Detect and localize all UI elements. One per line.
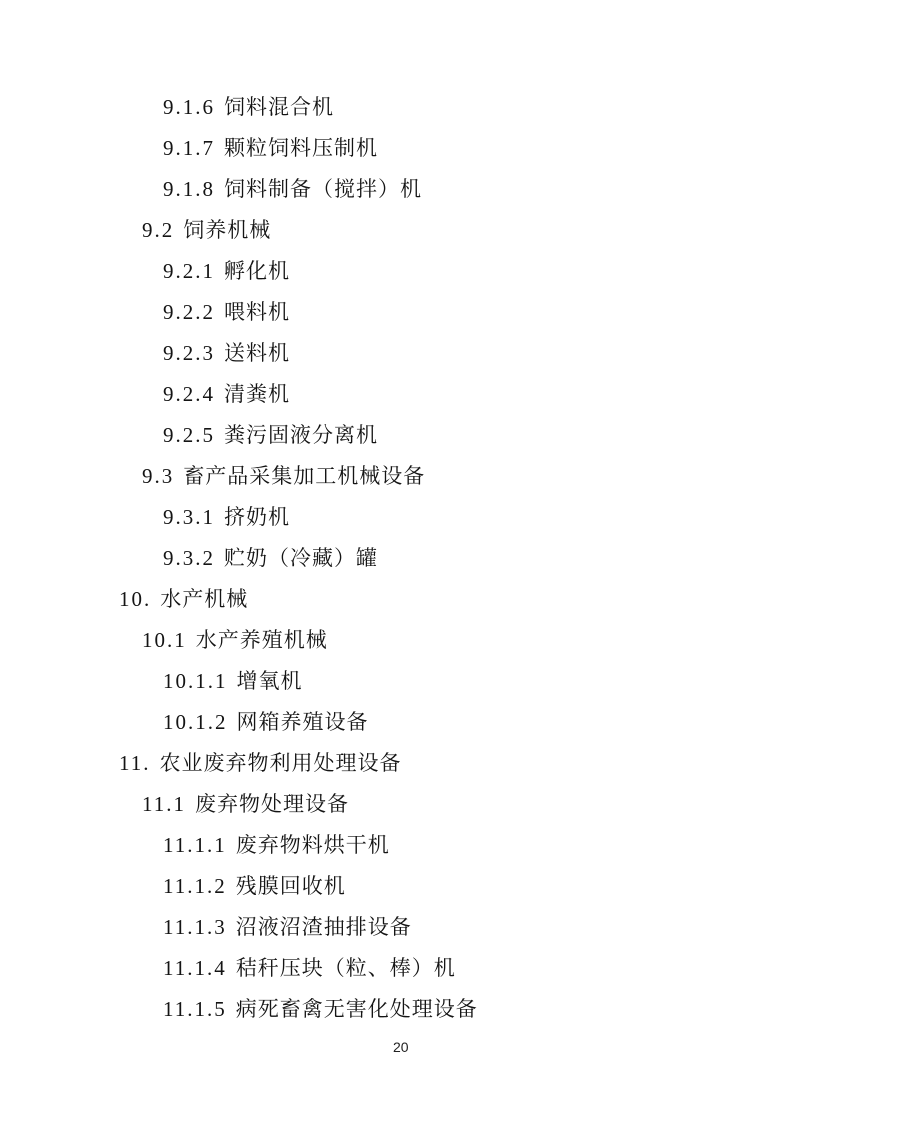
list-item-label: 水产养殖机械: [196, 628, 328, 652]
list-item: 11.1.5病死畜禽无害化处理设备: [0, 989, 923, 1030]
list-item: 11.农业废弃物利用处理设备: [0, 743, 923, 784]
list-item-label: 农业废弃物利用处理设备: [159, 751, 401, 775]
list-item-number: 9.2.1: [163, 259, 215, 283]
list-item-label: 畜产品采集加工机械设备: [183, 464, 425, 488]
list-item-number: 9.2: [142, 218, 174, 242]
list-item: 11.1.3沼液沼渣抽排设备: [0, 907, 923, 948]
list-item: 9.3.1挤奶机: [0, 497, 923, 538]
list-item: 9.2.4清粪机: [0, 374, 923, 415]
list-item-number: 10.: [119, 587, 151, 611]
list-item-label: 沼液沼渣抽排设备: [236, 915, 412, 939]
list-item: 9.2.5粪污固液分离机: [0, 415, 923, 456]
list-item-number: 9.2.5: [163, 423, 215, 447]
list-item-label: 病死畜禽无害化处理设备: [236, 997, 478, 1021]
list-item: 9.3.2贮奶（冷藏）罐: [0, 538, 923, 579]
list-item-label: 网箱养殖设备: [237, 710, 369, 734]
list-item-label: 贮奶（冷藏）罐: [224, 546, 378, 570]
list-item-number: 10.1.2: [163, 710, 228, 734]
list-item-label: 残膜回收机: [236, 874, 346, 898]
list-item-label: 饲养机械: [183, 218, 271, 242]
outline-list: 9.1.6饲料混合机 9.1.7颗粒饲料压制机 9.1.8饲料制备（搅拌）机 9…: [0, 87, 923, 1030]
list-item-label: 废弃物料烘干机: [236, 833, 390, 857]
list-item: 10.1水产养殖机械: [0, 620, 923, 661]
list-item-number: 9.3: [142, 464, 174, 488]
list-item-label: 喂料机: [224, 300, 290, 324]
list-item: 11.1.2残膜回收机: [0, 866, 923, 907]
list-item: 10.1.1增氧机: [0, 661, 923, 702]
list-item-label: 颗粒饲料压制机: [224, 136, 378, 160]
list-item: 9.2.2喂料机: [0, 292, 923, 333]
list-item: 9.2.3送料机: [0, 333, 923, 374]
list-item: 9.2饲养机械: [0, 210, 923, 251]
list-item-number: 9.1.7: [163, 136, 215, 160]
list-item: 9.2.1孵化机: [0, 251, 923, 292]
list-item-label: 增氧机: [237, 669, 303, 693]
list-item-number: 9.3.2: [163, 546, 215, 570]
list-item-label: 送料机: [224, 341, 290, 365]
list-item: 10.1.2网箱养殖设备: [0, 702, 923, 743]
list-item: 11.1废弃物处理设备: [0, 784, 923, 825]
list-item-number: 11.1.5: [163, 997, 227, 1021]
list-item-label: 废弃物处理设备: [195, 792, 349, 816]
list-item-label: 孵化机: [224, 259, 290, 283]
list-item-number: 9.2.3: [163, 341, 215, 365]
list-item-label: 粪污固液分离机: [224, 423, 378, 447]
list-item-label: 挤奶机: [224, 505, 290, 529]
list-item: 9.3畜产品采集加工机械设备: [0, 456, 923, 497]
list-item-label: 秸秆压块（粒、棒）机: [236, 956, 456, 980]
list-item: 11.1.4秸秆压块（粒、棒）机: [0, 948, 923, 989]
list-item-number: 11.1.1: [163, 833, 227, 857]
list-item-label: 水产机械: [160, 587, 248, 611]
list-item-number: 11.1.2: [163, 874, 227, 898]
list-item-number: 9.2.4: [163, 382, 215, 406]
list-item-number: 9.3.1: [163, 505, 215, 529]
list-item-number: 10.1: [142, 628, 187, 652]
document-page: 9.1.6饲料混合机 9.1.7颗粒饲料压制机 9.1.8饲料制备（搅拌）机 9…: [0, 0, 923, 1122]
list-item: 9.1.7颗粒饲料压制机: [0, 128, 923, 169]
list-item-number: 10.1.1: [163, 669, 228, 693]
list-item-label: 饲料混合机: [224, 95, 334, 119]
list-item-number: 9.1.8: [163, 177, 215, 201]
page-number: 20: [393, 1039, 409, 1055]
list-item-number: 11.1.4: [163, 956, 227, 980]
list-item: 9.1.8饲料制备（搅拌）机: [0, 169, 923, 210]
list-item: 9.1.6饲料混合机: [0, 87, 923, 128]
list-item-number: 11.: [119, 751, 150, 775]
list-item-number: 9.2.2: [163, 300, 215, 324]
list-item: 10.水产机械: [0, 579, 923, 620]
list-item-label: 清粪机: [224, 382, 290, 406]
list-item-label: 饲料制备（搅拌）机: [224, 177, 422, 201]
list-item-number: 11.1.3: [163, 915, 227, 939]
list-item: 11.1.1废弃物料烘干机: [0, 825, 923, 866]
list-item-number: 11.1: [142, 792, 186, 816]
list-item-number: 9.1.6: [163, 95, 215, 119]
